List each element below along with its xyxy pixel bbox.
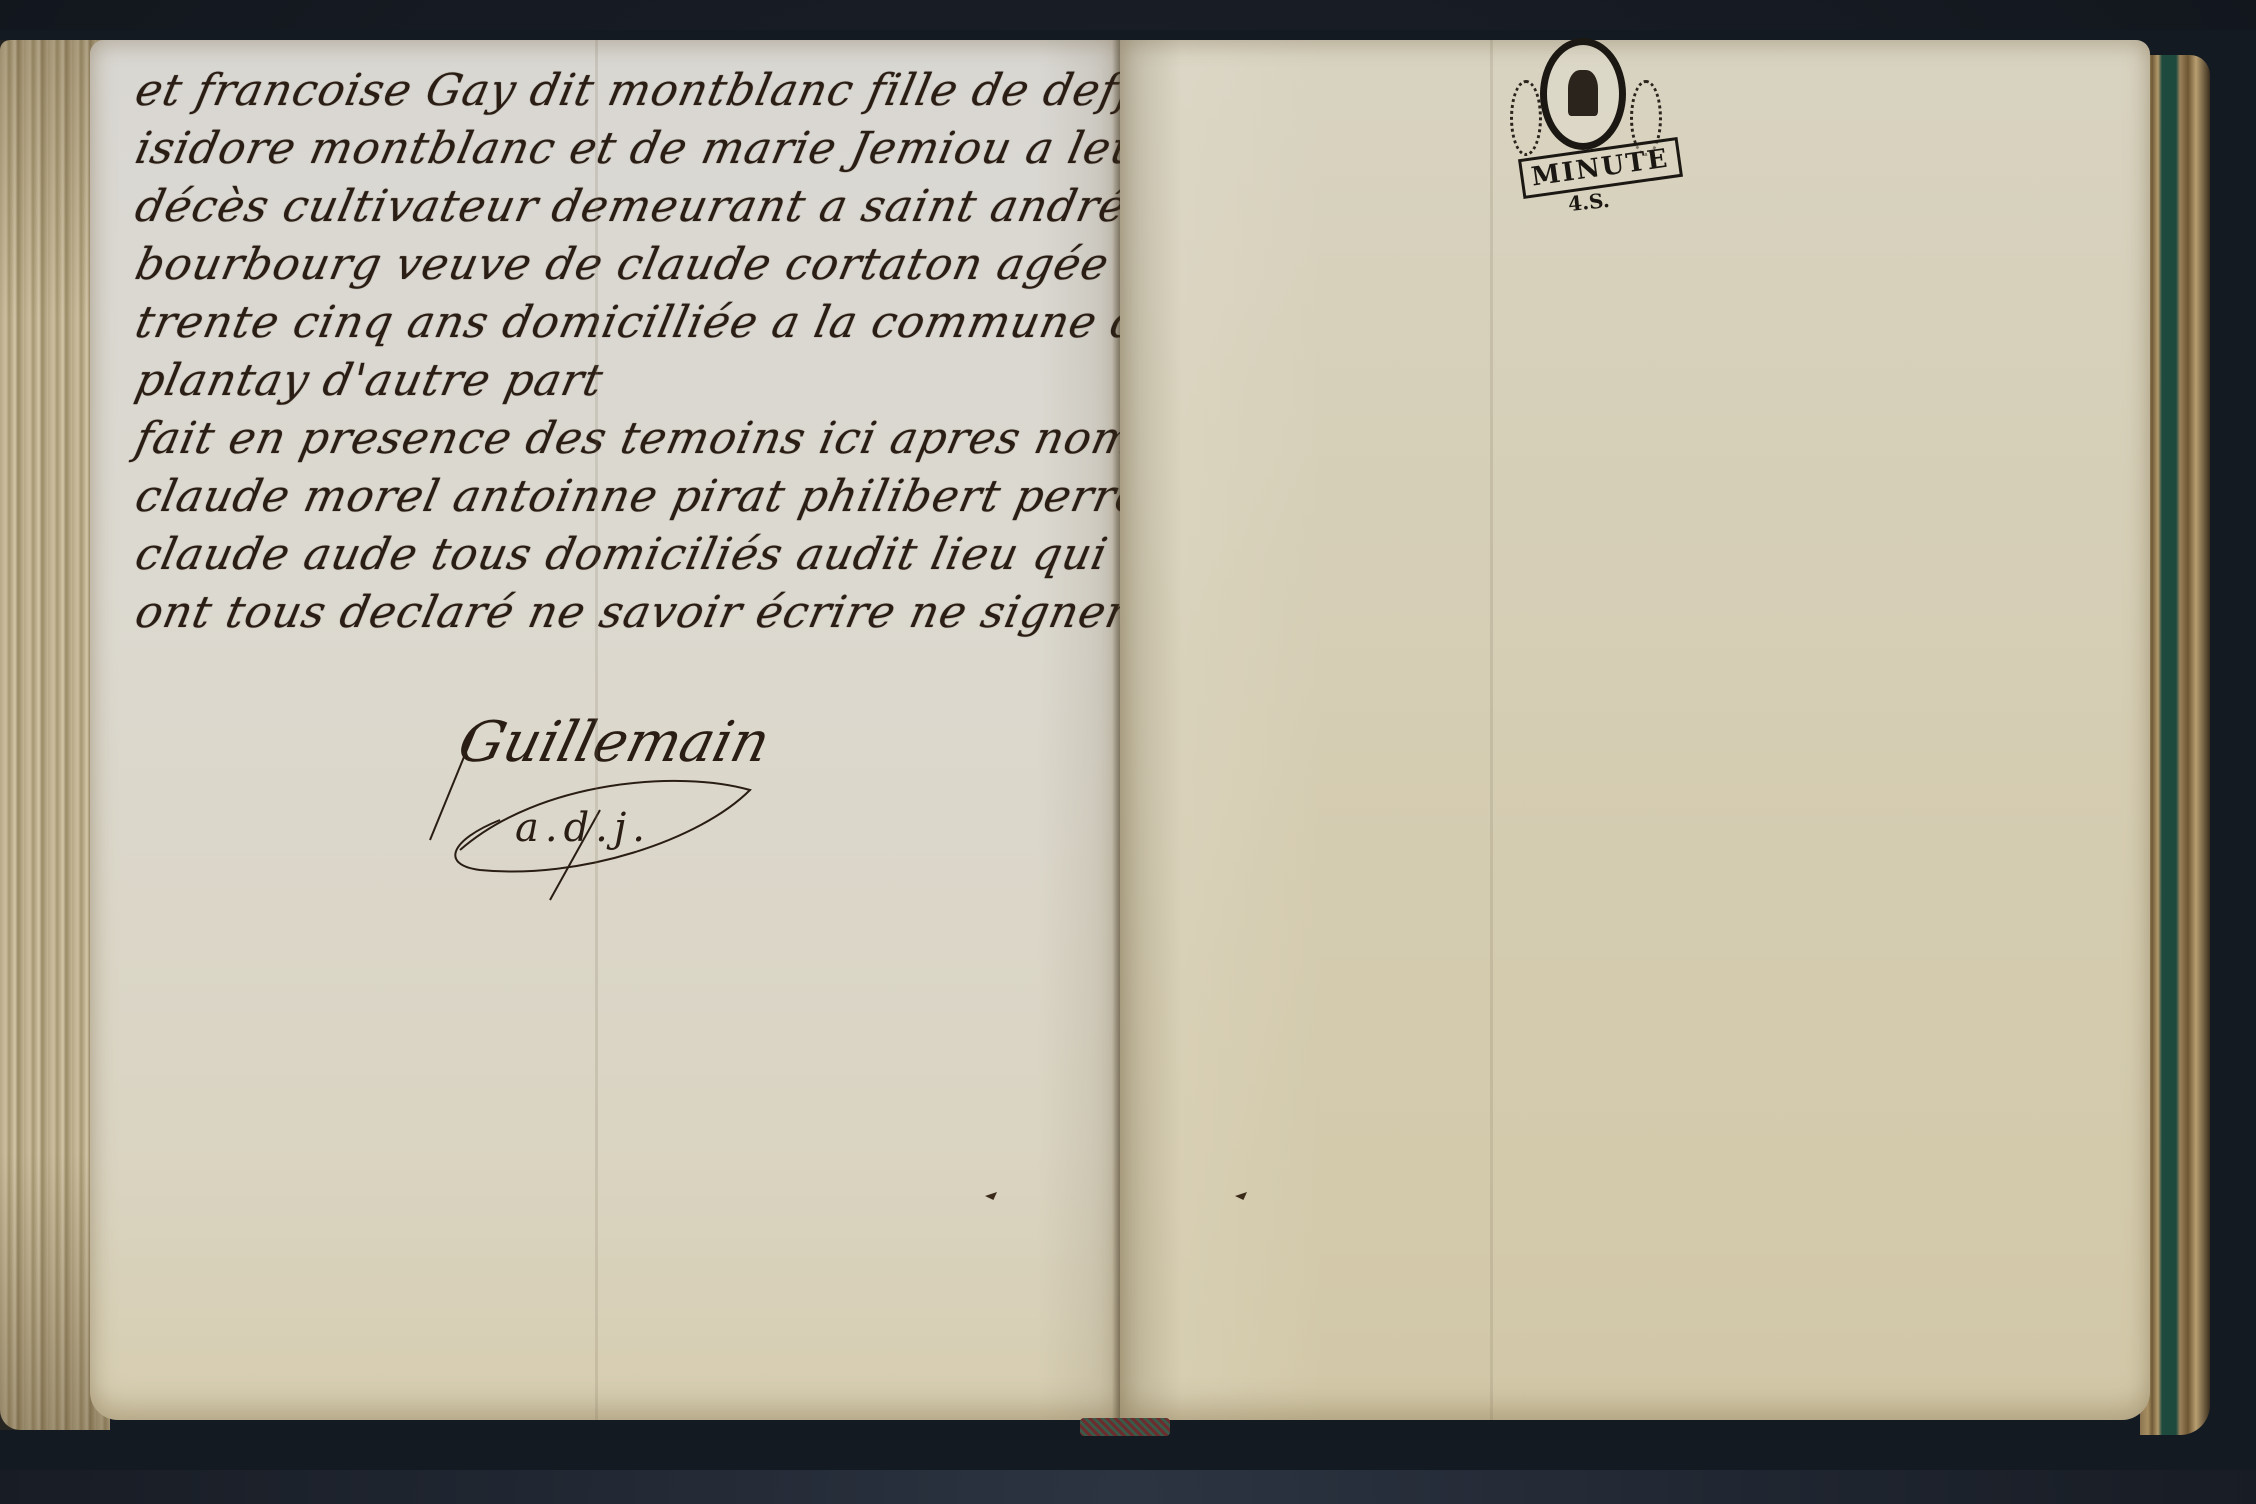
- signature: Guillemain a.d.j.: [420, 690, 780, 920]
- document-photo: et francoise Gay dit montblanc fille de …: [0, 0, 2256, 1504]
- handwritten-entry: et francoise Gay dit montblanc fille de …: [130, 62, 1120, 642]
- text-line: trente cinq ans domicilliée a la commune…: [130, 294, 1132, 352]
- binding-hole: [985, 1192, 997, 1200]
- binding-hole: [1235, 1192, 1247, 1200]
- text-line: et francoise Gay dit montblanc fille de …: [130, 62, 1132, 120]
- seated-figure-icon: [1568, 70, 1598, 116]
- left-page: et francoise Gay dit montblanc fille de …: [90, 40, 1120, 1420]
- text-line: claude morel antoinne pirat philibert pe…: [130, 468, 1132, 526]
- text-line: bourbourg veuve de claude cortaton agée …: [130, 236, 1132, 294]
- minute-tax-stamp: MINUTE 4.S.: [1490, 30, 1690, 230]
- right-page: MINUTE 4.S.: [1120, 40, 2150, 1420]
- paper-fold: [595, 40, 598, 1420]
- right-page-stack: [2140, 55, 2210, 1435]
- laurel-left-icon: [1510, 80, 1542, 156]
- signature-name: Guillemain: [452, 710, 776, 775]
- stamp-price: 4.S.: [1567, 188, 1611, 216]
- text-line: isidore montblanc et de marie Jemiou a l…: [130, 120, 1132, 178]
- signature-initials: a.d.j.: [515, 805, 651, 851]
- paper-fold: [1490, 40, 1493, 1420]
- text-line: ont tous declaré ne savoir écrire ne sig…: [130, 584, 1132, 642]
- text-line: plantay d'autre part: [130, 352, 1132, 410]
- text-line: fait en presence des temoins ici apres n…: [130, 410, 1132, 468]
- text-line: décès cultivateur demeurant a saint andr…: [130, 178, 1132, 236]
- text-line: claude aude tous domiciliés audit lieu q…: [130, 526, 1132, 584]
- binding-headband: [1080, 1418, 1170, 1436]
